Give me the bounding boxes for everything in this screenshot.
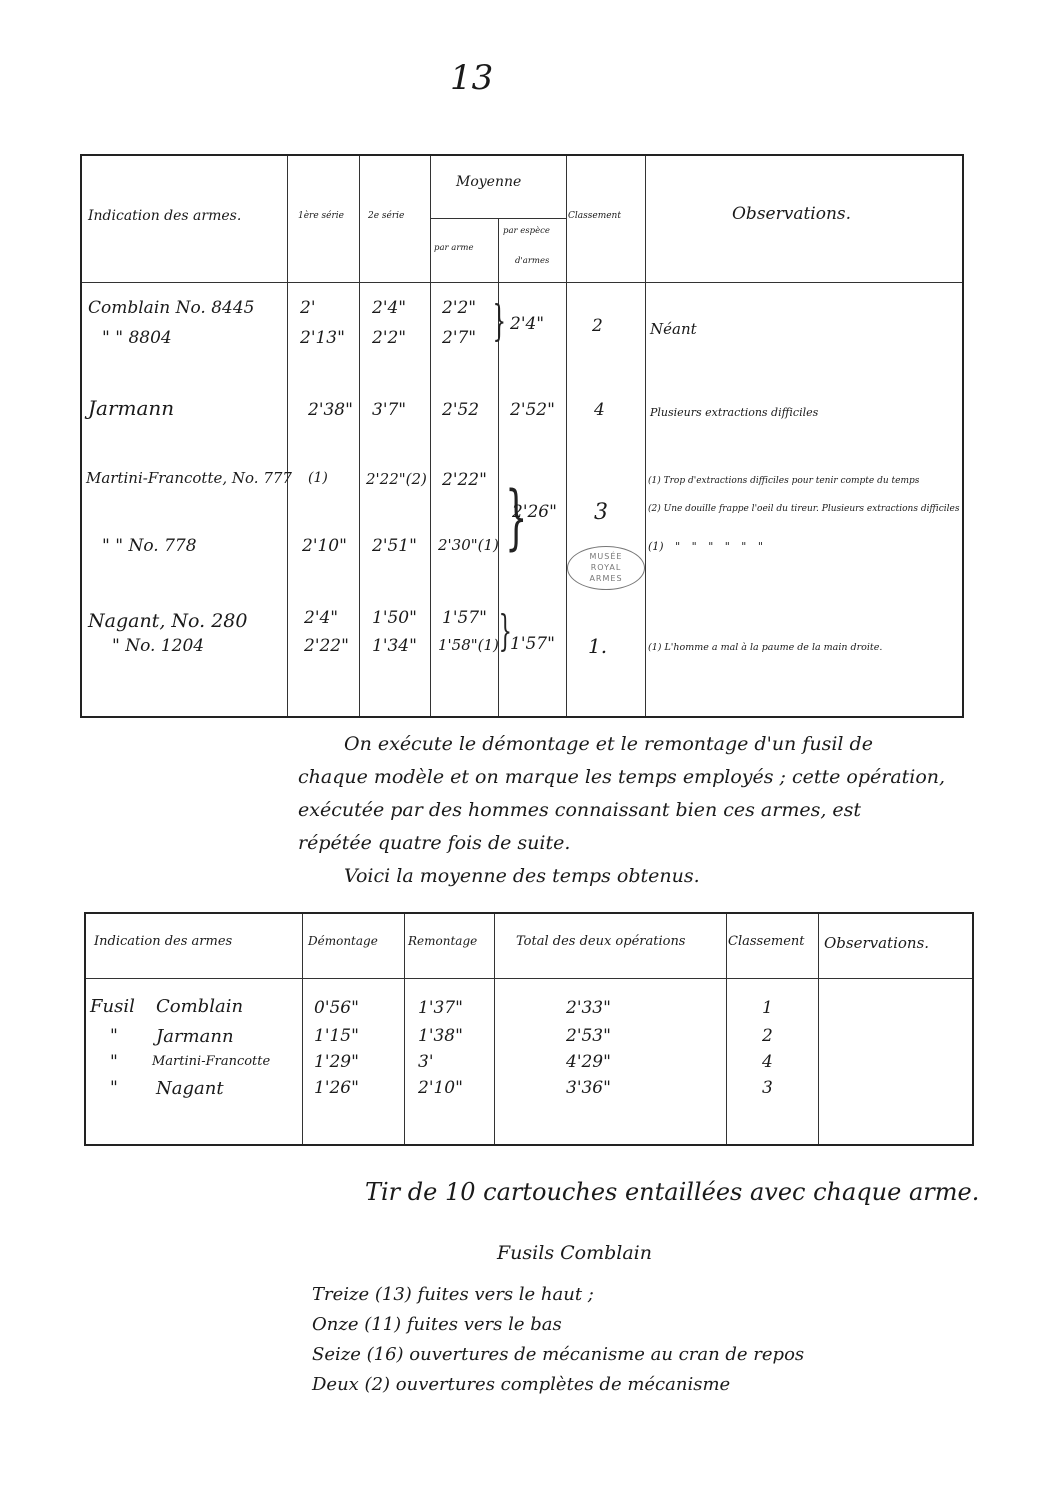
header-indication: Indication des armes [94, 934, 232, 949]
row-jarmann-name: Jarmann [88, 396, 174, 420]
row-comblain-name: Comblain [156, 996, 243, 1017]
row-jarmann-classement: 4 [594, 400, 605, 420]
row-jarmann-s1: 2'38" [308, 400, 353, 420]
row-comblain-remontage: 1'37" [418, 998, 463, 1018]
row-martini-name: Martini-Francotte [152, 1054, 270, 1069]
section-subtitle: Fusils Comblain [497, 1242, 652, 1264]
section-title: Tir de 10 cartouches entaillées avec cha… [365, 1178, 979, 1206]
row-martini-classement: 4 [762, 1052, 773, 1072]
row-comblain-8804-name: " " 8804 [102, 328, 172, 348]
header-serie-1: 1ère série [298, 211, 344, 221]
row-jarmann-demontage: 1'15" [314, 1026, 359, 1046]
header-par-arme: par arme [434, 243, 474, 253]
row-nagant-total: 3'36" [566, 1078, 611, 1098]
header-classement: Classement [728, 934, 805, 949]
row-martini-prefix: " [110, 1052, 118, 1072]
row-nagant-remontage: 2'10" [418, 1078, 463, 1098]
row-comblain-8804-s2: 2'2" [372, 328, 406, 348]
row-comblain-total: 2'33" [566, 998, 611, 1018]
row-nagant-classement: 3 [762, 1078, 773, 1098]
row-jarmann-observation: Plusieurs extractions difficiles [650, 406, 818, 419]
row-nagant-280-name: Nagant, No. 280 [88, 610, 247, 632]
row-nagant-prefix: " [110, 1078, 118, 1098]
museum-stamp: MUSÉE ROYAL ARMES [567, 546, 645, 590]
page-number: 13 [450, 58, 493, 98]
row-jarmann-name: Jarmann [156, 1026, 234, 1047]
header-remontage: Remontage [408, 934, 477, 948]
header-total: Total des deux opérations [516, 934, 685, 949]
row-comblain-classement: 1 [762, 998, 773, 1018]
comblain-classement: 2 [592, 316, 603, 336]
row-martini-778-s2: 2'51" [372, 536, 417, 556]
paragraph-line: Voici la moyenne des temps obtenus. [298, 860, 968, 893]
row-martini-778-s1: 2'10" [302, 536, 347, 556]
header-observations: Observations. [824, 934, 929, 952]
nagant-observation: (1) L'homme a mal à la paume de la main … [648, 642, 882, 653]
row-martini-demontage: 1'29" [314, 1052, 359, 1072]
row-martini-777-name: Martini-Francotte, No. 777 [86, 469, 292, 487]
row-comblain-demontage: 0'56" [314, 998, 359, 1018]
row-nagant-280-moy: 1'57" [442, 608, 487, 628]
martini-observation-2: (2) Une douille frappe l'oeil du tireur.… [648, 504, 959, 514]
row-martini-777-s1: (1) [308, 470, 328, 486]
row-comblain-8445-moy: 2'2" [442, 298, 476, 318]
martini-classement: 3 [594, 500, 608, 525]
header-serie-2: 2e série [368, 211, 404, 221]
row-martini-total: 4'29" [566, 1052, 611, 1072]
row-nagant-1204-s1: 2'22" [304, 636, 349, 656]
row-comblain-8445-s1: 2' [300, 298, 316, 318]
row-jarmann-classement: 2 [762, 1026, 773, 1046]
header-par-espece: par espèce [503, 226, 550, 236]
assembly-times-table: Indication des armes Démontage Remontage… [84, 912, 974, 1146]
firing-times-table: Indication des armes. 1ère série 2e séri… [80, 154, 964, 718]
header-indication: Indication des armes. [88, 208, 241, 224]
header-moyenne: Moyenne [456, 174, 521, 190]
result-line: Onze (11) fuites vers le bas [312, 1310, 804, 1340]
result-line: Treize (13) fuites vers le haut ; [312, 1280, 804, 1310]
row-comblain-8804-s1: 2'13" [300, 328, 345, 348]
row-martini-778-name: " " No. 778 [102, 536, 197, 556]
martini-par-espece: 2'26" [512, 502, 557, 522]
header-classement: Classement [568, 211, 621, 221]
row-jarmann-total: 2'53" [566, 1026, 611, 1046]
row-nagant-1204-name: " No. 1204 [112, 636, 204, 656]
martini-observation-1: (1) Trop d'extractions difficiles pour t… [648, 476, 919, 486]
comblain-observation: Néant [650, 320, 697, 338]
row-jarmann-remontage: 1'38" [418, 1026, 463, 1046]
header-observations: Observations. [732, 204, 851, 224]
result-line: Deux (2) ouvertures complètes de mécanis… [312, 1370, 804, 1400]
row-nagant-demontage: 1'26" [314, 1078, 359, 1098]
header-demontage: Démontage [308, 934, 378, 948]
row-comblain-8445-name: Comblain No. 8445 [88, 298, 255, 318]
paragraph-line: chaque modèle et on marque les temps emp… [298, 761, 968, 794]
row-martini-777-s2: 2'22"(2) [366, 470, 427, 488]
paragraph-line: On exécute le démontage et le remontage … [298, 728, 968, 761]
row-comblain-8445-s2: 2'4" [372, 298, 406, 318]
row-nagant-280-s2: 1'50" [372, 608, 417, 628]
row-comblain-prefix: Fusil [90, 996, 135, 1017]
martini-observation-3: (1) " " " " " " [648, 540, 763, 553]
row-comblain-8804-moy: 2'7" [442, 328, 476, 348]
comblain-par-espece: 2'4" [510, 314, 544, 334]
row-nagant-name: Nagant [156, 1078, 224, 1099]
paragraph-line: répétée quatre fois de suite. [298, 827, 968, 860]
row-nagant-1204-moy: 1'58"(1) [438, 636, 499, 654]
comblain-results-list: Treize (13) fuites vers le haut ; Onze (… [312, 1280, 804, 1400]
row-nagant-1204-s2: 1'34" [372, 636, 417, 656]
procedure-paragraph: On exécute le démontage et le remontage … [298, 728, 968, 893]
nagant-classement: 1. [588, 634, 607, 658]
row-jarmann-espece: 2'52" [510, 400, 555, 420]
row-jarmann-moy: 2'52 [442, 400, 479, 420]
nagant-par-espece: 1'57" [510, 634, 555, 654]
row-martini-778-moy: 2'30"(1) [438, 536, 499, 554]
row-jarmann-s2: 3'7" [372, 400, 406, 420]
result-line: Seize (16) ouvertures de mécanisme au cr… [312, 1340, 804, 1370]
header-par-espece-2: d'armes [515, 256, 549, 266]
row-nagant-280-s1: 2'4" [304, 608, 338, 628]
row-jarmann-prefix: " [110, 1026, 118, 1046]
row-martini-remontage: 3' [418, 1052, 434, 1072]
row-martini-777-moy: 2'22" [442, 470, 487, 490]
paragraph-line: exécutée par des hommes connaissant bien… [298, 794, 968, 827]
